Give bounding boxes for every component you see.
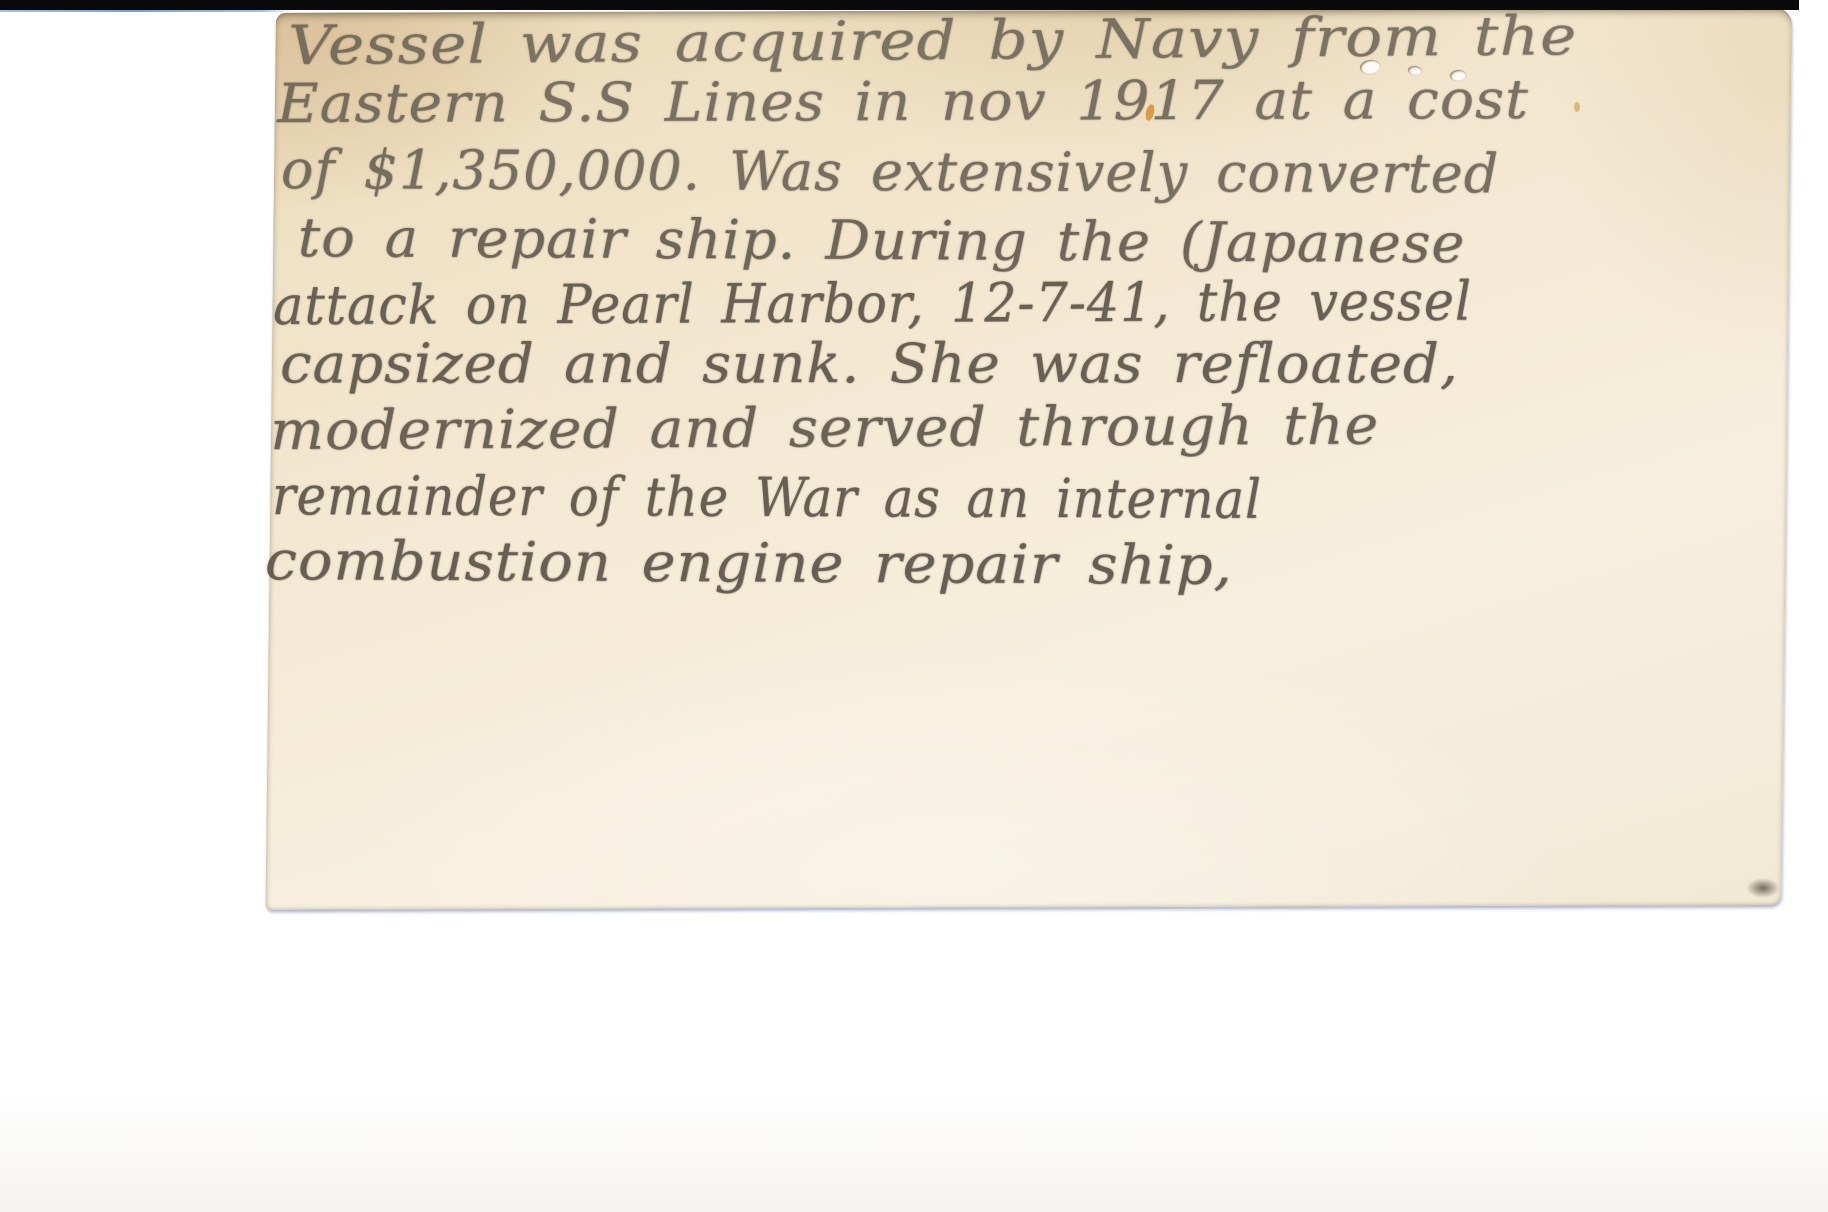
scanned-page-background: Vessel was acquired by Navy from the Eas… [0,0,1828,1212]
index-card [265,8,1792,910]
scanner-edge-strip [0,0,1799,10]
stain-speck [1574,102,1580,112]
corner-smudge [1746,878,1780,898]
